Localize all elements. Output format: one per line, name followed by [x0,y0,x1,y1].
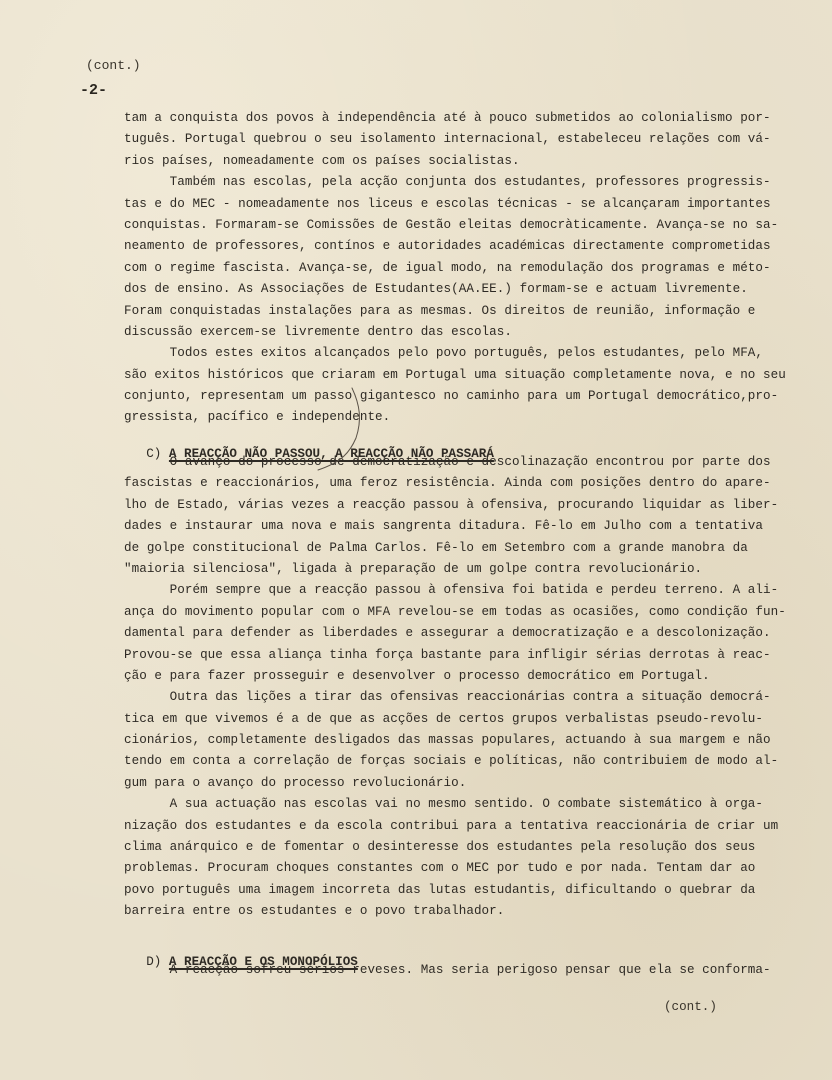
text-line: O avanço do processo de democratização e… [124,452,764,473]
text-line: Provou-se que essa aliança tinha força b… [124,645,764,666]
text-line: "maioria silenciosa", ligada à preparaçã… [124,559,764,580]
text-line: barreira entre os estudantes e o povo tr… [124,901,764,922]
text-line: A sua actuação nas escolas vai no mesmo … [124,794,764,815]
text-line: tica em que vivemos é a de que as acções… [124,709,764,730]
text-line: neamento de professores, contínos e auto… [124,236,764,257]
text-line: ção e para fazer prosseguir e desenvolve… [124,666,764,687]
text-line: Também nas escolas, pela acção conjunta … [124,172,764,193]
text-line: damental para defender as liberdades e a… [124,623,764,644]
text-line: dos de ensino. As Associações de Estudan… [124,279,764,300]
text-line: dades e instaurar uma nova e mais sangre… [124,516,764,537]
text-line: com o regime fascista. Avança-se, de igu… [124,258,764,279]
text-line: Foram conquistadas instalações para as m… [124,301,764,322]
text-line: tendo em conta a correlação de forças so… [124,751,764,772]
page-number: -2- [80,82,107,99]
section-c-body: O avanço do processo de democratização e… [124,452,764,923]
text-line: de golpe constitucional de Palma Carlos.… [124,538,764,559]
text-line: são exitos históricos que criaram em Por… [124,365,764,386]
section-d-body: A reacção sofreu sérios reveses. Mas ser… [124,960,764,981]
text-line: A reacção sofreu sérios reveses. Mas ser… [124,960,764,981]
text-line: tuguês. Portugal quebrou o seu isolament… [124,129,764,150]
text-line: conquistas. Formaram-se Comissões de Ges… [124,215,764,236]
text-line: clima anárquico e de fomentar o desinter… [124,837,764,858]
continued-marker-bottom: (cont.) [664,1000,717,1014]
text-line: povo português uma imagem incorreta das … [124,880,764,901]
intro-paragraphs: tam a conquista dos povos à independênci… [124,108,764,429]
text-line: Todos estes exitos alcançados pelo povo … [124,343,764,364]
text-line: problemas. Procuram choques constantes c… [124,858,764,879]
text-line: discussão exercem-se livremente dentro d… [124,322,764,343]
text-line: tam a conquista dos povos à independênci… [124,108,764,129]
text-line: conjunto, representam um passo gigantesc… [124,386,764,407]
text-line: nização dos estudantes e da escola contr… [124,816,764,837]
text-line: ança do movimento popular com o MFA reve… [124,602,764,623]
text-line: tas e do MEC - nomeadamente nos liceus e… [124,194,764,215]
typewritten-page: (cont.) -2- tam a conquista dos povos à … [0,0,832,1080]
text-line: rios países, nomeadamente com os países … [124,151,764,172]
text-line: lho de Estado, várias vezes a reacção pa… [124,495,764,516]
text-line: gum para o avanço do processo revolucion… [124,773,764,794]
text-line: Outra das lições a tirar das ofensivas r… [124,687,764,708]
text-line: Porém sempre que a reacção passou à ofen… [124,580,764,601]
text-line: fascistas e reaccionários, uma feroz res… [124,473,764,494]
text-line: cionários, completamente desligados das … [124,730,764,751]
continued-marker-top: (cont.) [86,58,141,73]
